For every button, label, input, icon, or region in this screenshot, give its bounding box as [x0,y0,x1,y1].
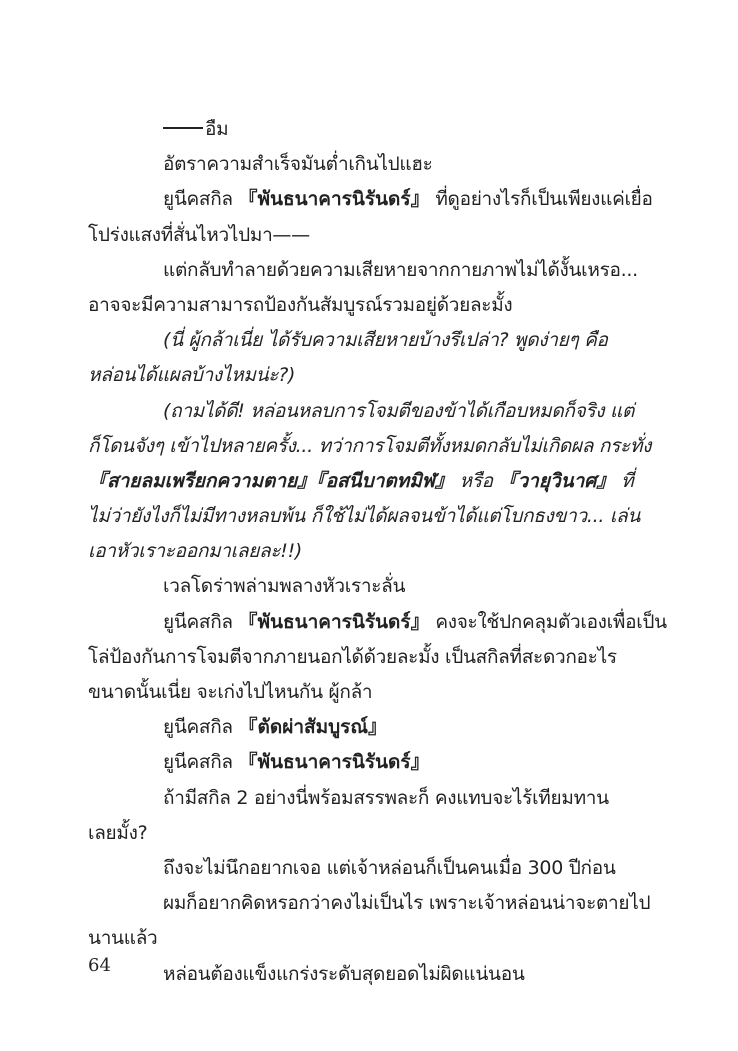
text-line: นานแล้ว [88,921,651,956]
text-line: เวลโดร่าพล่ามพลางหัวเราะลั่น [88,569,651,604]
line-text: เวลโดร่าพล่ามพลางหัวเราะลั่น [163,575,405,597]
text-line: ยูนีคสกิล 『พันธนาคารนิรันดร์』 ที่ดูอย่าง… [88,182,651,217]
line-text: ถึงจะไม่นึกอยากเจอ แต่เจ้าหล่อนก็เป็นคนเ… [163,857,616,879]
text-line: โล่ป้องกันการโจมตีจากภายนอกได้ด้วยละมั้ง… [88,640,651,675]
text-line: ถ้ามีสกิล 2 อย่างนี่พร้อมสรรพละก็ คงแทบจ… [88,781,651,816]
em-dash [163,127,203,129]
line-text: ยูนีคสกิล [163,716,239,738]
line-text: โล่ป้องกันการโจมตีจากภายนอกได้ด้วยละมั้ง… [88,646,617,668]
text-line: หล่อนต้องแข็งแกร่งระดับสุดยอดไม่ผิดแน่นอ… [88,957,651,992]
skill-name: 『พันธนาคารนิรันดร์』 [239,611,430,633]
line-text: ที่ [615,470,633,492]
text-line: เลยมั้ง? [88,816,651,851]
text-line: (นี่ ผู้กล้าเนี่ย ได้รับความเสียหายบ้างร… [88,323,651,358]
line-text: อัตราความสำเร็จมันต่ำเกินไปแฮะ [163,153,433,175]
line-text: ยูนีคสกิล [163,751,239,773]
line-text: อาจจะมีความสามารถป้องกันสัมบูรณ์รวมอยู่ด… [88,294,512,316]
line-text: หล่อนต้องแข็งแกร่งระดับสุดยอดไม่ผิดแน่นอ… [163,963,525,985]
line-text: (นี่ ผู้กล้าเนี่ย ได้รับความเสียหายบ้างร… [163,329,608,351]
line-text: ก็โดนจังๆ เข้าไปหลายครั้ง... ทว่าการโจมต… [88,435,651,457]
text-line: ยูนีคสกิล 『ตัดผ่าสัมบูรณ์』 [88,710,651,745]
text-line: อาจจะมีความสามารถป้องกันสัมบูรณ์รวมอยู่ด… [88,288,651,323]
text-line: ผมก็อยากคิดหรอกว่าคงไม่เป็นไร เพราะเจ้าห… [88,886,651,921]
text-line: เอาหัวเราะออกมาเลยละ!!) [88,534,651,569]
line-text: ที่ดูอย่างไรก็เป็นเพียงแค่เยื่อ [430,188,653,210]
skill-name: 『สายลมเพรียกความตาย』 [88,470,316,492]
line-text: ยูนีคสกิล [163,188,239,210]
text-line: ยูนีคสกิล 『พันธนาคารนิรันดร์』 คงจะใช้ปกค… [88,605,651,640]
skill-name: 『อสนีบาตทมิฬ』 [316,470,454,492]
skill-name: 『พันธนาคารนิรันดร์』 [239,188,430,210]
line-text: หรือ [454,470,499,492]
line-text: เอาหัวเราะออกมาเลยละ!!) [88,540,302,562]
text-line: หล่อนได้แผลบ้างไหมน่ะ?) [88,358,651,393]
line-text: โปร่งแสงที่สั่นไหวไปมา—— [88,224,310,246]
text-line: โปร่งแสงที่สั่นไหวไปมา—— [88,218,651,253]
line-text: อืม [205,118,228,140]
line-text: แต่กลับทำลายด้วยความเสียหายจากกายภาพไม่ไ… [163,259,638,281]
text-line: อัตราความสำเร็จมันต่ำเกินไปแฮะ [88,147,651,182]
text-line: (ถามได้ดี! หล่อนหลบการโจมตีของข้าได้เกือ… [88,394,651,429]
text-line: แต่กลับทำลายด้วยความเสียหายจากกายภาพไม่ไ… [88,253,651,288]
line-text: (ถามได้ดี! หล่อนหลบการโจมตีของข้าได้เกือ… [163,400,634,422]
line-text: นานแล้ว [88,927,157,949]
book-page-body: อืม อัตราความสำเร็จมันต่ำเกินไปแฮะ ยูนีค… [88,112,651,992]
line-text: หล่อนได้แผลบ้างไหมน่ะ?) [88,364,295,386]
skill-name: 『วายุวินาศ』 [498,470,615,492]
text-line: อืม [88,112,651,147]
line-text: เลยมั้ง? [88,822,147,844]
line-text: คงจะใช้ปกคลุมตัวเองเพื่อเป็น [430,611,667,633]
text-line: ไม่ว่ายังไงก็ไม่มีทางหลบพ้น ก็ใช้ไม่ได้ผ… [88,499,651,534]
line-text: ถ้ามีสกิล 2 อย่างนี่พร้อมสรรพละก็ คงแทบจ… [163,787,609,809]
line-text: ไม่ว่ายังไงก็ไม่มีทางหลบพ้น ก็ใช้ไม่ได้ผ… [88,505,640,527]
text-line: ยูนีคสกิล 『พันธนาคารนิรันดร์』 [88,745,651,780]
text-line: ก็โดนจังๆ เข้าไปหลายครั้ง... ทว่าการโจมต… [88,429,651,464]
text-line: ถึงจะไม่นึกอยากเจอ แต่เจ้าหล่อนก็เป็นคนเ… [88,851,651,886]
line-text: ขนาดนั้นเนี่ย จะเก่งไปไหนกัน ผู้กล้า [88,681,372,703]
text-line: ขนาดนั้นเนี่ย จะเก่งไปไหนกัน ผู้กล้า [88,675,651,710]
line-text: ยูนีคสกิล [163,611,239,633]
line-text: ผมก็อยากคิดหรอกว่าคงไม่เป็นไร เพราะเจ้าห… [163,892,650,914]
skill-name: 『ตัดผ่าสัมบูรณ์』 [239,716,388,738]
skill-name: 『พันธนาคารนิรันดร์』 [239,751,430,773]
text-line: 『สายลมเพรียกความตาย』『อสนีบาตทมิฬ』 หรือ 『… [88,464,651,499]
page-number: 64 [88,955,111,976]
